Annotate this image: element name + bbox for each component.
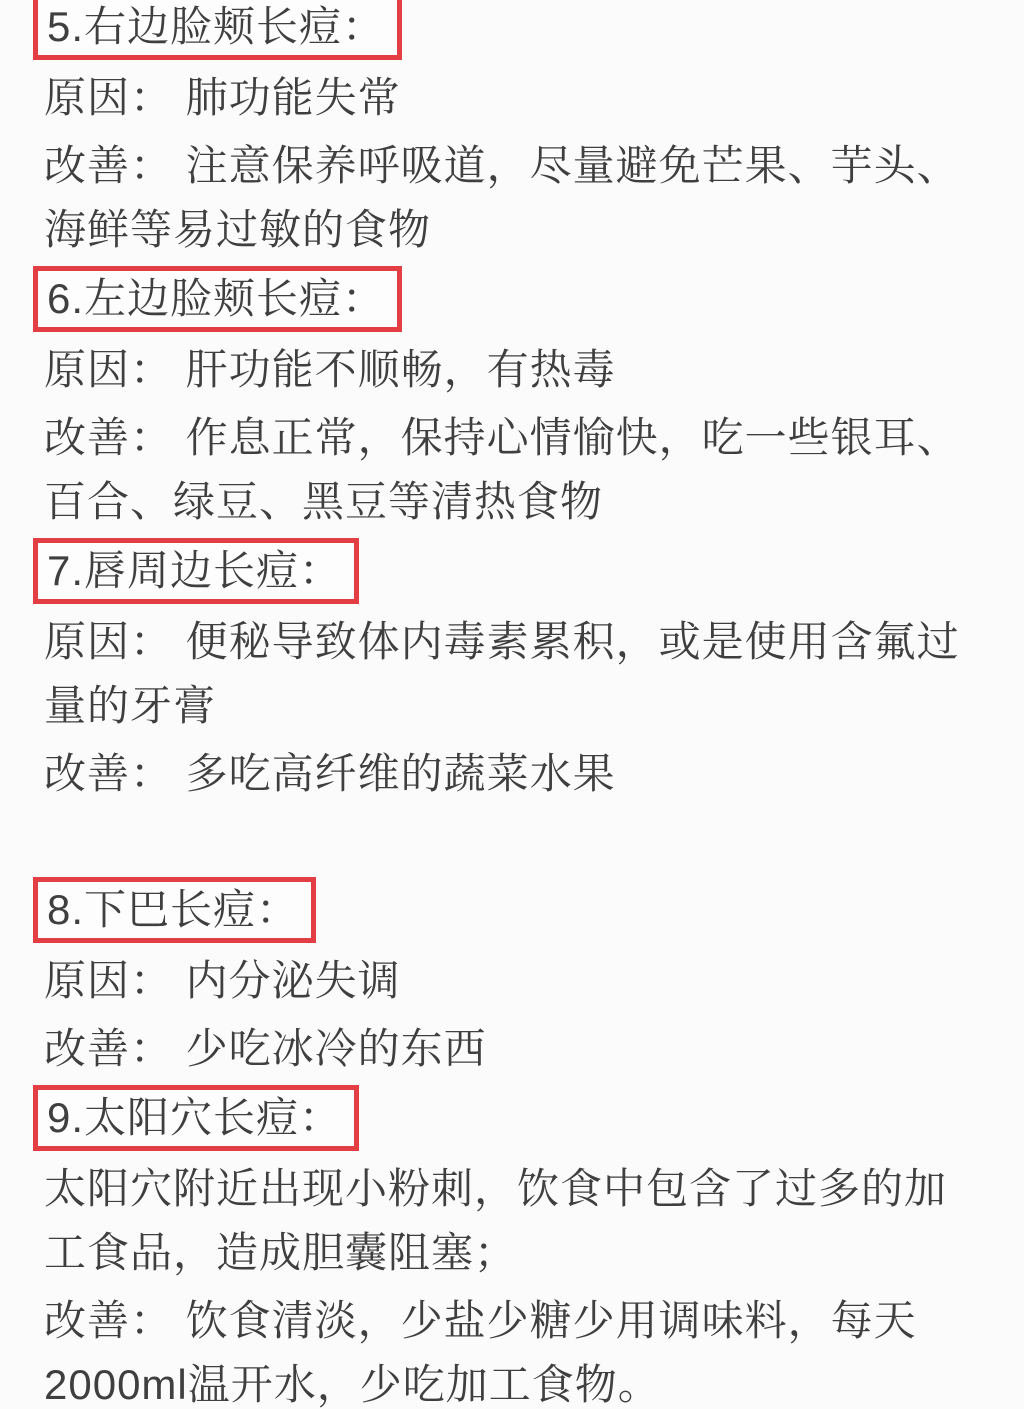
section-6-improve-line-2: 百合、绿豆、黑豆等清热食物 — [44, 470, 1004, 534]
section-7-heading-row: 7.唇周边长痘： — [44, 538, 1004, 604]
section-9-heading-row: 9.太阳穴长痘： — [44, 1085, 1004, 1151]
section-6-reason-line-1: 原因： 肝功能不顺畅，有热毒 — [44, 338, 1004, 402]
section-9-improve-line-1: 改善： 饮食清淡，少盐少糖少用调味料，每天 — [44, 1289, 1004, 1353]
section-9-improve: 改善： 饮食清淡，少盐少糖少用调味料，每天 2000ml温开水，少吃加工食物。 — [44, 1289, 1004, 1409]
section-8-improve-line-1: 改善： 少吃冰冷的东西 — [44, 1017, 1004, 1081]
document-page: 5.右边脸颊长痘： 原因： 肺功能失常 改善： 注意保养呼吸道，尽量避免芒果、芋… — [0, 0, 1024, 1409]
section-9: 9.太阳穴长痘： 太阳穴附近出现小粉刺，饮食中包含了过多的加 工食品，造成胆囊阻… — [44, 1085, 1004, 1409]
section-9-description-line-1: 太阳穴附近出现小粉刺，饮食中包含了过多的加 — [44, 1157, 1004, 1221]
section-6-heading-row: 6.左边脸颊长痘： — [44, 266, 1004, 332]
section-8-heading-box: 8.下巴长痘： — [33, 877, 316, 943]
section-9-improve-line-2: 2000ml温开水，少吃加工食物。 — [44, 1353, 1004, 1409]
section-8-reason-line-1: 原因： 内分泌失调 — [44, 949, 1004, 1013]
section-8-heading-row: 8.下巴长痘： — [44, 877, 1004, 943]
section-6: 6.左边脸颊长痘： 原因： 肝功能不顺畅，有热毒 改善： 作息正常，保持心情愉快… — [44, 266, 1004, 534]
section-7-heading-box: 7.唇周边长痘： — [33, 538, 359, 604]
section-6-reason: 原因： 肝功能不顺畅，有热毒 — [44, 338, 1004, 402]
section-5-heading-box: 5.右边脸颊长痘： — [33, 0, 402, 60]
section-7-reason-line-1: 原因： 便秘导致体内毒素累积，或是使用含氟过 — [44, 610, 1004, 674]
section-6-improve-line-1: 改善： 作息正常，保持心情愉快，吃一些银耳、 — [44, 406, 1004, 470]
section-5-reason: 原因： 肺功能失常 — [44, 66, 1004, 130]
section-6-heading-box: 6.左边脸颊长痘： — [33, 266, 402, 332]
section-9-description: 太阳穴附近出现小粉刺，饮食中包含了过多的加 工食品，造成胆囊阻塞； — [44, 1157, 1004, 1285]
section-5-improve-line-1: 改善： 注意保养呼吸道，尽量避免芒果、芋头、 — [44, 134, 1004, 198]
section-8-improve: 改善： 少吃冰冷的东西 — [44, 1017, 1004, 1081]
section-5-reason-line-1: 原因： 肺功能失常 — [44, 66, 1004, 130]
section-5-heading-row: 5.右边脸颊长痘： — [44, 0, 1004, 60]
section-5-improve: 改善： 注意保养呼吸道，尽量避免芒果、芋头、 海鲜等易过敏的食物 — [44, 134, 1004, 262]
section-9-heading-box: 9.太阳穴长痘： — [33, 1085, 359, 1151]
section-7-improve: 改善： 多吃高纤维的蔬菜水果 — [44, 742, 1004, 806]
section-7-reason-line-2: 量的牙膏 — [44, 674, 1004, 738]
section-7-reason: 原因： 便秘导致体内毒素累积，或是使用含氟过 量的牙膏 — [44, 610, 1004, 738]
section-5-improve-line-2: 海鲜等易过敏的食物 — [44, 198, 1004, 262]
section-6-improve: 改善： 作息正常，保持心情愉快，吃一些银耳、 百合、绿豆、黑豆等清热食物 — [44, 406, 1004, 534]
section-8: 8.下巴长痘： 原因： 内分泌失调 改善： 少吃冰冷的东西 — [44, 877, 1004, 1081]
section-7-improve-line-1: 改善： 多吃高纤维的蔬菜水果 — [44, 742, 1004, 806]
section-8-reason: 原因： 内分泌失调 — [44, 949, 1004, 1013]
section-9-description-line-2: 工食品，造成胆囊阻塞； — [44, 1221, 1004, 1285]
section-5: 5.右边脸颊长痘： 原因： 肺功能失常 改善： 注意保养呼吸道，尽量避免芒果、芋… — [44, 0, 1004, 262]
section-7: 7.唇周边长痘： 原因： 便秘导致体内毒素累积，或是使用含氟过 量的牙膏 改善：… — [44, 538, 1004, 806]
